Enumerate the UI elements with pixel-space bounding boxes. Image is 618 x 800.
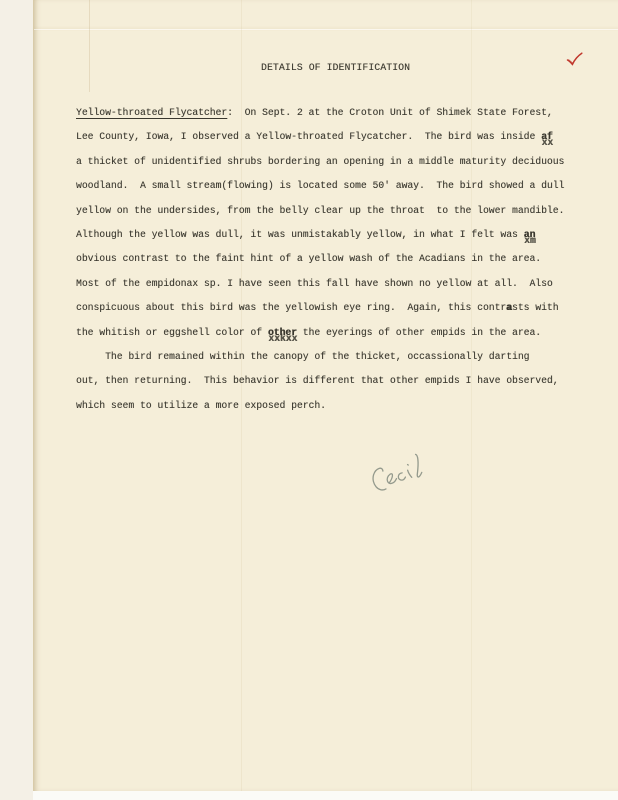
text-segment: obvious contrast to the faint hint of a … <box>76 253 541 264</box>
text-segment-underline: Yellow-throated Flycatcher <box>76 107 227 118</box>
scanned-document-page: DETAILS OF IDENTIFICATION Yellow-throate… <box>0 0 618 800</box>
text-segment: The bird remained within the canopy of t… <box>76 351 529 362</box>
text-segment: the whitish or eggshell color of <box>76 327 268 338</box>
text-line: The bird remained within the canopy of t… <box>76 345 581 369</box>
text-segment: sts with <box>512 302 559 313</box>
text-segment: a thicket of unidentified shrubs borderi… <box>76 156 564 167</box>
text-line: woodland. A small stream(flowing) is loc… <box>76 174 581 198</box>
text-line: Yellow-throated Flycatcher: On Sept. 2 a… <box>76 101 581 125</box>
text-line: Most of the empidonax sp. I have seen th… <box>76 272 581 296</box>
text-line: which seem to utilize a more exposed per… <box>76 394 581 418</box>
text-segment: woodland. A small stream(flowing) is loc… <box>76 180 564 191</box>
scan-left-margin <box>0 0 33 800</box>
text-segment: the eyerings of other empids in the area… <box>297 327 541 338</box>
text-segment: out, then returning. This behavior is di… <box>76 375 559 386</box>
text-segment: Most of the empidonax sp. I have seen th… <box>76 278 553 289</box>
text-segment: Lee County, Iowa, I observed a Yellow-th… <box>76 131 541 142</box>
red-checkmark-icon <box>565 51 585 68</box>
text-line: out, then returning. This behavior is di… <box>76 369 581 393</box>
text-line: conspicuous about this bird was the yell… <box>76 296 581 320</box>
text-line: obvious contrast to the faint hint of a … <box>76 247 581 271</box>
text-segment: : On Sept. 2 at the Croton Unit of Shime… <box>227 107 553 118</box>
paper-crease-horizontal <box>34 29 618 30</box>
text-segment: conspicuous about this bird was the yell… <box>76 302 506 313</box>
paper-sheet: DETAILS OF IDENTIFICATION Yellow-throate… <box>33 0 618 791</box>
text-segment-xover: an <box>524 229 536 240</box>
text-line: Although the yellow was dull, it was unm… <box>76 223 581 247</box>
text-segment-xover: other <box>268 327 297 338</box>
page-title: DETAILS OF IDENTIFICATION <box>261 62 410 73</box>
text-line: Lee County, Iowa, I observed a Yellow-th… <box>76 125 581 149</box>
text-line: yellow on the undersides, from the belly… <box>76 199 581 223</box>
text-line: the whitish or eggshell color of other t… <box>76 321 581 345</box>
text-segment-xover: af <box>541 131 553 142</box>
text-segment: which seem to utilize a more exposed per… <box>76 400 326 411</box>
text-segment: yellow on the undersides, from the belly… <box>76 205 564 216</box>
signature-handwriting <box>362 444 442 508</box>
text-segment: Although the yellow was dull, it was unm… <box>76 229 524 240</box>
text-block: Yellow-throated Flycatcher: On Sept. 2 a… <box>76 101 581 418</box>
paper-corner-line <box>89 0 90 92</box>
text-line: a thicket of unidentified shrubs borderi… <box>76 150 581 174</box>
